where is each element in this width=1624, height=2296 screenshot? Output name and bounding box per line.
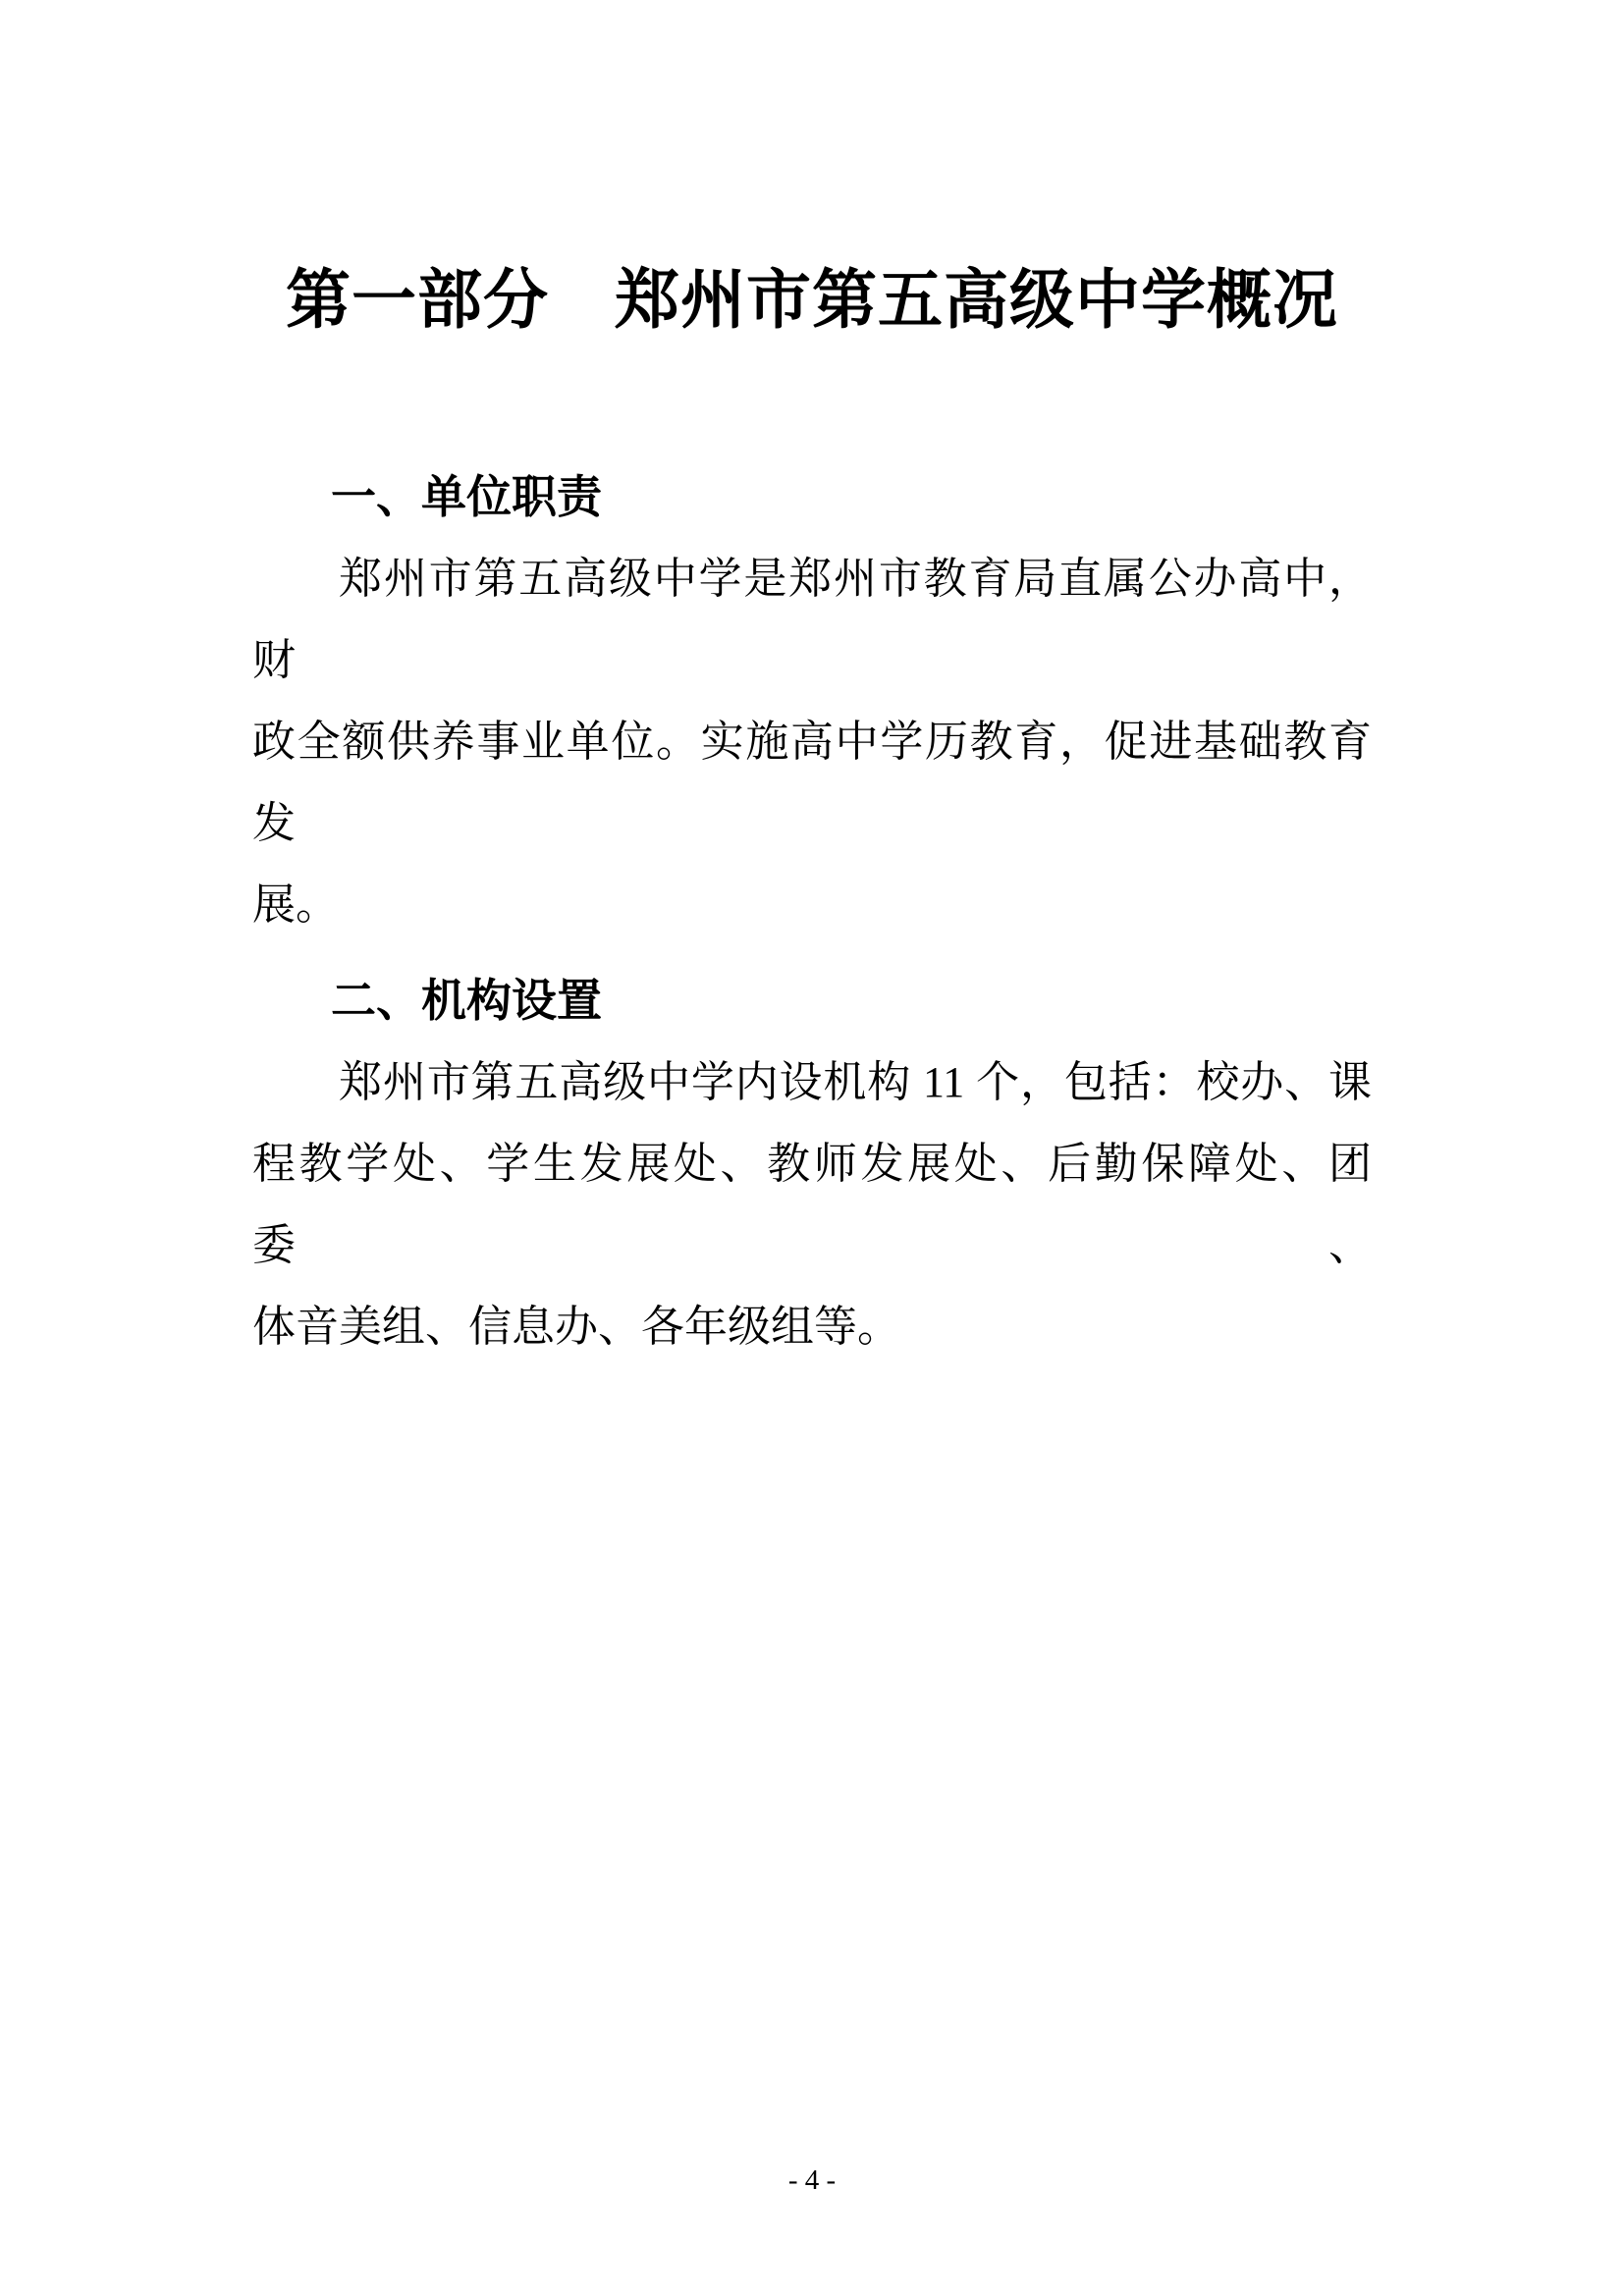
paragraph-line: 郑州市第五高级中学内设机构 11 个，包括：校办、课 <box>252 1041 1372 1123</box>
page-number: - 4 - <box>0 2163 1624 2198</box>
section-organization-setup: 二、机构设置 郑州市第五高级中学内设机构 11 个，包括：校办、课 程教学处、学… <box>252 960 1372 1367</box>
document-page: 第一部分 郑州市第五高级中学概况 一、单位职责 郑州市第五高级中学是郑州市教育局… <box>0 0 1624 2296</box>
section-unit-responsibilities: 一、单位职责 郑州市第五高级中学是郑州市教育局直属公办高中，财 政全额供养事业单… <box>252 456 1372 945</box>
paragraph-unit-responsibilities: 郑州市第五高级中学是郑州市教育局直属公办高中，财 政全额供养事业单位。实施高中学… <box>252 538 1372 945</box>
paragraph-organization-setup: 郑州市第五高级中学内设机构 11 个，包括：校办、课 程教学处、学生发展处、教师… <box>252 1041 1372 1367</box>
section-heading-organization-setup: 二、机构设置 <box>252 960 1372 1041</box>
document-title: 第一部分 郑州市第五高级中学概况 <box>252 260 1372 339</box>
paragraph-line: 政全额供养事业单位。实施高中学历教育，促进基础教育发 <box>252 701 1372 864</box>
paragraph-line: 体音美组、信息办、各年级组等。 <box>252 1286 1372 1367</box>
paragraph-line: 程教学处、学生发展处、教师发展处、后勤保障处、团委、 <box>252 1123 1372 1286</box>
document-content: 第一部分 郑州市第五高级中学概况 一、单位职责 郑州市第五高级中学是郑州市教育局… <box>252 0 1372 1367</box>
paragraph-line: 郑州市第五高级中学是郑州市教育局直属公办高中，财 <box>252 538 1372 701</box>
section-heading-unit-responsibilities: 一、单位职责 <box>252 456 1372 538</box>
paragraph-line: 展。 <box>252 864 1372 945</box>
